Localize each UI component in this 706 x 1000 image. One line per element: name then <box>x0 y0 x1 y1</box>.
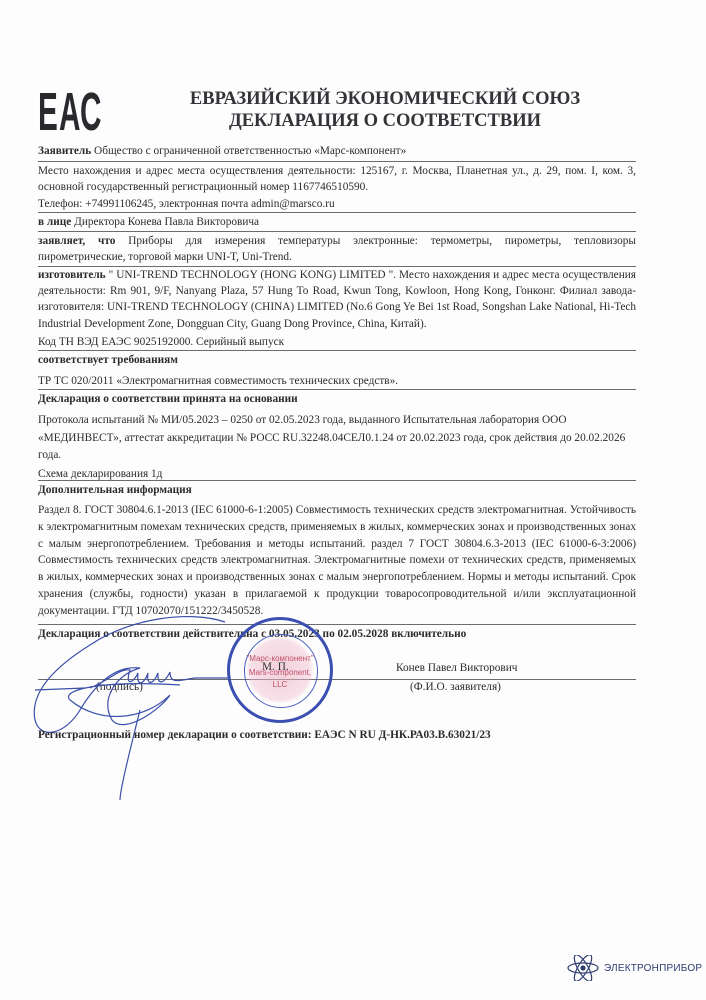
divider <box>38 161 636 162</box>
eac-letter: E <box>38 88 48 136</box>
applicant-line: Заявитель Общество с ограниченной ответс… <box>38 143 636 159</box>
additional-info-label: Дополнительная информация <box>38 482 636 498</box>
manufacturer-block: изготовитель " UNI-TREND TECHNOLOGY (HON… <box>38 267 636 332</box>
seal-label: М. П. <box>262 661 289 673</box>
signatory-name: Конев Павел Викторович <box>396 662 517 674</box>
divider <box>38 480 636 481</box>
manufacturer-details: " UNI-TREND TECHNOLOGY (HONG KONG) LIMIT… <box>38 269 636 330</box>
brand-watermark: ЭЛЕКТРОНПРИБОР <box>566 955 702 981</box>
applicant-contacts: Телефон: +74991106245, электронная почта… <box>38 196 636 212</box>
eac-letter: C <box>80 88 90 136</box>
applicant-name: Общество с ограниченной ответственностью… <box>91 145 406 157</box>
registration-number: Регистрационный номер декларации о соотв… <box>38 727 678 743</box>
divider <box>38 212 636 213</box>
stamp-text-llc: LLC <box>230 680 330 689</box>
divider <box>38 389 636 390</box>
represented-by-label: в лице <box>38 216 71 228</box>
eac-letter: A <box>59 88 69 136</box>
registration-value: ЕАЭС N RU Д-НК.РА03.В.63021/23 <box>312 729 491 741</box>
requirements-value: ТР ТС 020/2011 «Электромагнитная совмест… <box>38 373 636 389</box>
represented-by-value: Директора Конева Павла Викторовича <box>71 216 259 228</box>
divider <box>38 231 636 232</box>
product-description: Приборы для измерения температуры электр… <box>38 235 636 263</box>
tn-ved-code: Код ТН ВЭД ЕАЭС 9025192000. Серийный вып… <box>38 334 636 350</box>
requirements-label: соответствует требованиям <box>38 352 636 368</box>
document-title: ЕВРАЗИЙСКИЙ ЭКОНОМИЧЕСКИЙ СОЮЗ ДЕКЛАРАЦИ… <box>150 88 620 132</box>
declares-block: заявляет, что Приборы для измерения темп… <box>38 233 636 265</box>
title-line-declaration: ДЕКЛАРАЦИЯ О СООТВЕТСТВИИ <box>150 110 620 132</box>
atom-icon <box>566 955 600 981</box>
handwritten-signature-icon <box>20 560 260 800</box>
manufacturer-label: изготовитель <box>38 269 106 281</box>
registration-label: Регистрационный номер декларации о соотв… <box>38 729 312 741</box>
brand-name: ЭЛЕКТРОНПРИБОР <box>604 963 702 974</box>
name-caption: (Ф.И.О. заявителя) <box>410 681 501 693</box>
applicant-address: Место нахождения и адрес места осуществл… <box>38 163 636 195</box>
represented-by-line: в лице Директора Конева Павла Викторович… <box>38 214 636 230</box>
applicant-label: Заявитель <box>38 145 91 157</box>
title-line-union: ЕВРАЗИЙСКИЙ ЭКОНОМИЧЕСКИЙ СОЮЗ <box>150 88 620 110</box>
divider <box>38 350 636 351</box>
basis-label: Декларация о соответствии принята на осн… <box>38 391 636 407</box>
declaration-page: E A C ЕВРАЗИЙСКИЙ ЭКОНОМИЧЕСКИЙ СОЮЗ ДЕК… <box>0 0 706 1000</box>
basis-protocol: Протокола испытаний № МИ/05.2023 – 0250 … <box>38 412 636 465</box>
declares-label: заявляет, что <box>38 235 115 247</box>
eac-mark-logo: E A C <box>38 88 98 136</box>
